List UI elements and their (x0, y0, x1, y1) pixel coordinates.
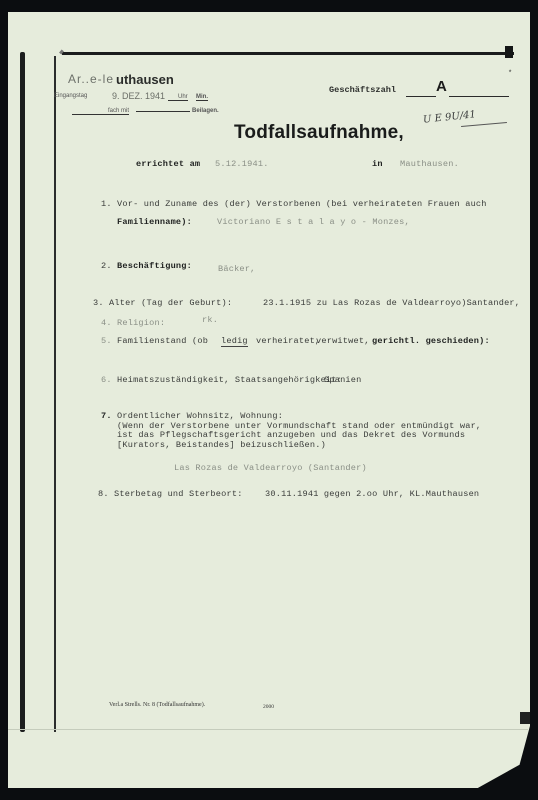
stamp-received-date: 9. DEZ. 1941 (112, 91, 165, 101)
reference-value: A (436, 78, 447, 95)
field-label: Ordentlicher Wohnsitz, Wohnung: (117, 411, 283, 421)
handwritten-note: U E 9U/41 (423, 109, 477, 125)
torn-corner (520, 712, 530, 724)
stamp-received-label: Eingangstag (54, 93, 87, 99)
print-number: 2000 (263, 704, 274, 710)
field-value: Bäcker, (218, 264, 256, 274)
field-number: 2. (101, 261, 112, 271)
field-value: Victoriano E s t a l a y o - Monzes, (217, 217, 410, 227)
stamp-time-hour: Uhr (168, 94, 188, 101)
field-value: Spanien (324, 375, 362, 385)
field-number: 4. (101, 318, 112, 328)
created-date: 5.12.1941. (215, 159, 269, 169)
field-label: Religion: (117, 318, 165, 328)
option-verwitwet: verwitwet, (316, 336, 370, 346)
field-label: Sterbetag und Sterbeort: (114, 489, 243, 499)
field-value: Las Rozas de Valdearroyo (Santander) (174, 463, 367, 473)
handwritten-underline (461, 122, 507, 127)
field-number: 5. (101, 336, 112, 346)
stamp-time-min: Min. (196, 94, 208, 101)
option-verheiratet: verheiratet, (256, 336, 320, 346)
field-number: 7. (101, 411, 112, 421)
stamp-count-label: fach mit (72, 108, 129, 115)
document-page: * Ar..e-le uthausen Eingangstag 9. DEZ. … (8, 12, 530, 788)
field-value: 30.11.1941 gegen 2.oo Uhr, KL.Mauthausen (265, 489, 479, 499)
field-note: [Kurators, Beistandes] beizuschließen.) (117, 440, 326, 450)
field-label: Familienname): (117, 217, 192, 227)
reference-label: Geschäftszahl (329, 85, 396, 95)
field-number: 3. (93, 298, 104, 308)
field-label: Alter (Tag der Geburt): (109, 298, 232, 308)
created-label: errichtet am (136, 159, 200, 169)
field-number: 8. (98, 489, 109, 499)
option-geschieden: gerichtl. geschieden): (372, 336, 490, 346)
margin-rule-left (54, 56, 56, 732)
field-number: 1. (101, 199, 112, 209)
stamp-office-name: uthausen (116, 72, 174, 87)
fold-line (8, 729, 528, 730)
binding-edge-left (20, 52, 25, 732)
margin-mark: * (508, 70, 512, 78)
field-label: Beschäftigung: (117, 261, 192, 271)
stamp-enclosures-label: Beilagen. (192, 108, 219, 114)
option-ledig-selected: ledig (221, 336, 248, 347)
reference-line (406, 96, 436, 97)
reference-line (449, 96, 509, 97)
place-value: Mauthausen. (400, 159, 459, 169)
document-title: Todfallsaufnahme, (234, 122, 404, 144)
field-note: ist das Pflegschaftsgericht anzugeben un… (117, 430, 465, 440)
place-label: in (372, 159, 383, 169)
binding-edge-corner (505, 46, 513, 58)
binding-edge-top (62, 52, 514, 55)
field-value: 23.1.1915 zu Las Rozas de Valdearroyo)Sa… (263, 298, 520, 308)
field-label: Familienstand (ob (117, 336, 208, 346)
stamp-office-prefix: Ar..e-le (68, 72, 114, 86)
field-label: Heimatszuständigkeit, Staatsangehörigkei… (117, 375, 342, 385)
form-reference: Verl.a Strells. Nr. 8 (Todfallsaufnahme)… (109, 702, 205, 708)
field-label: Vor- und Zuname des (der) Verstorbenen (… (117, 199, 487, 209)
field-value: rk. (202, 315, 218, 325)
field-number: 6. (101, 375, 112, 385)
